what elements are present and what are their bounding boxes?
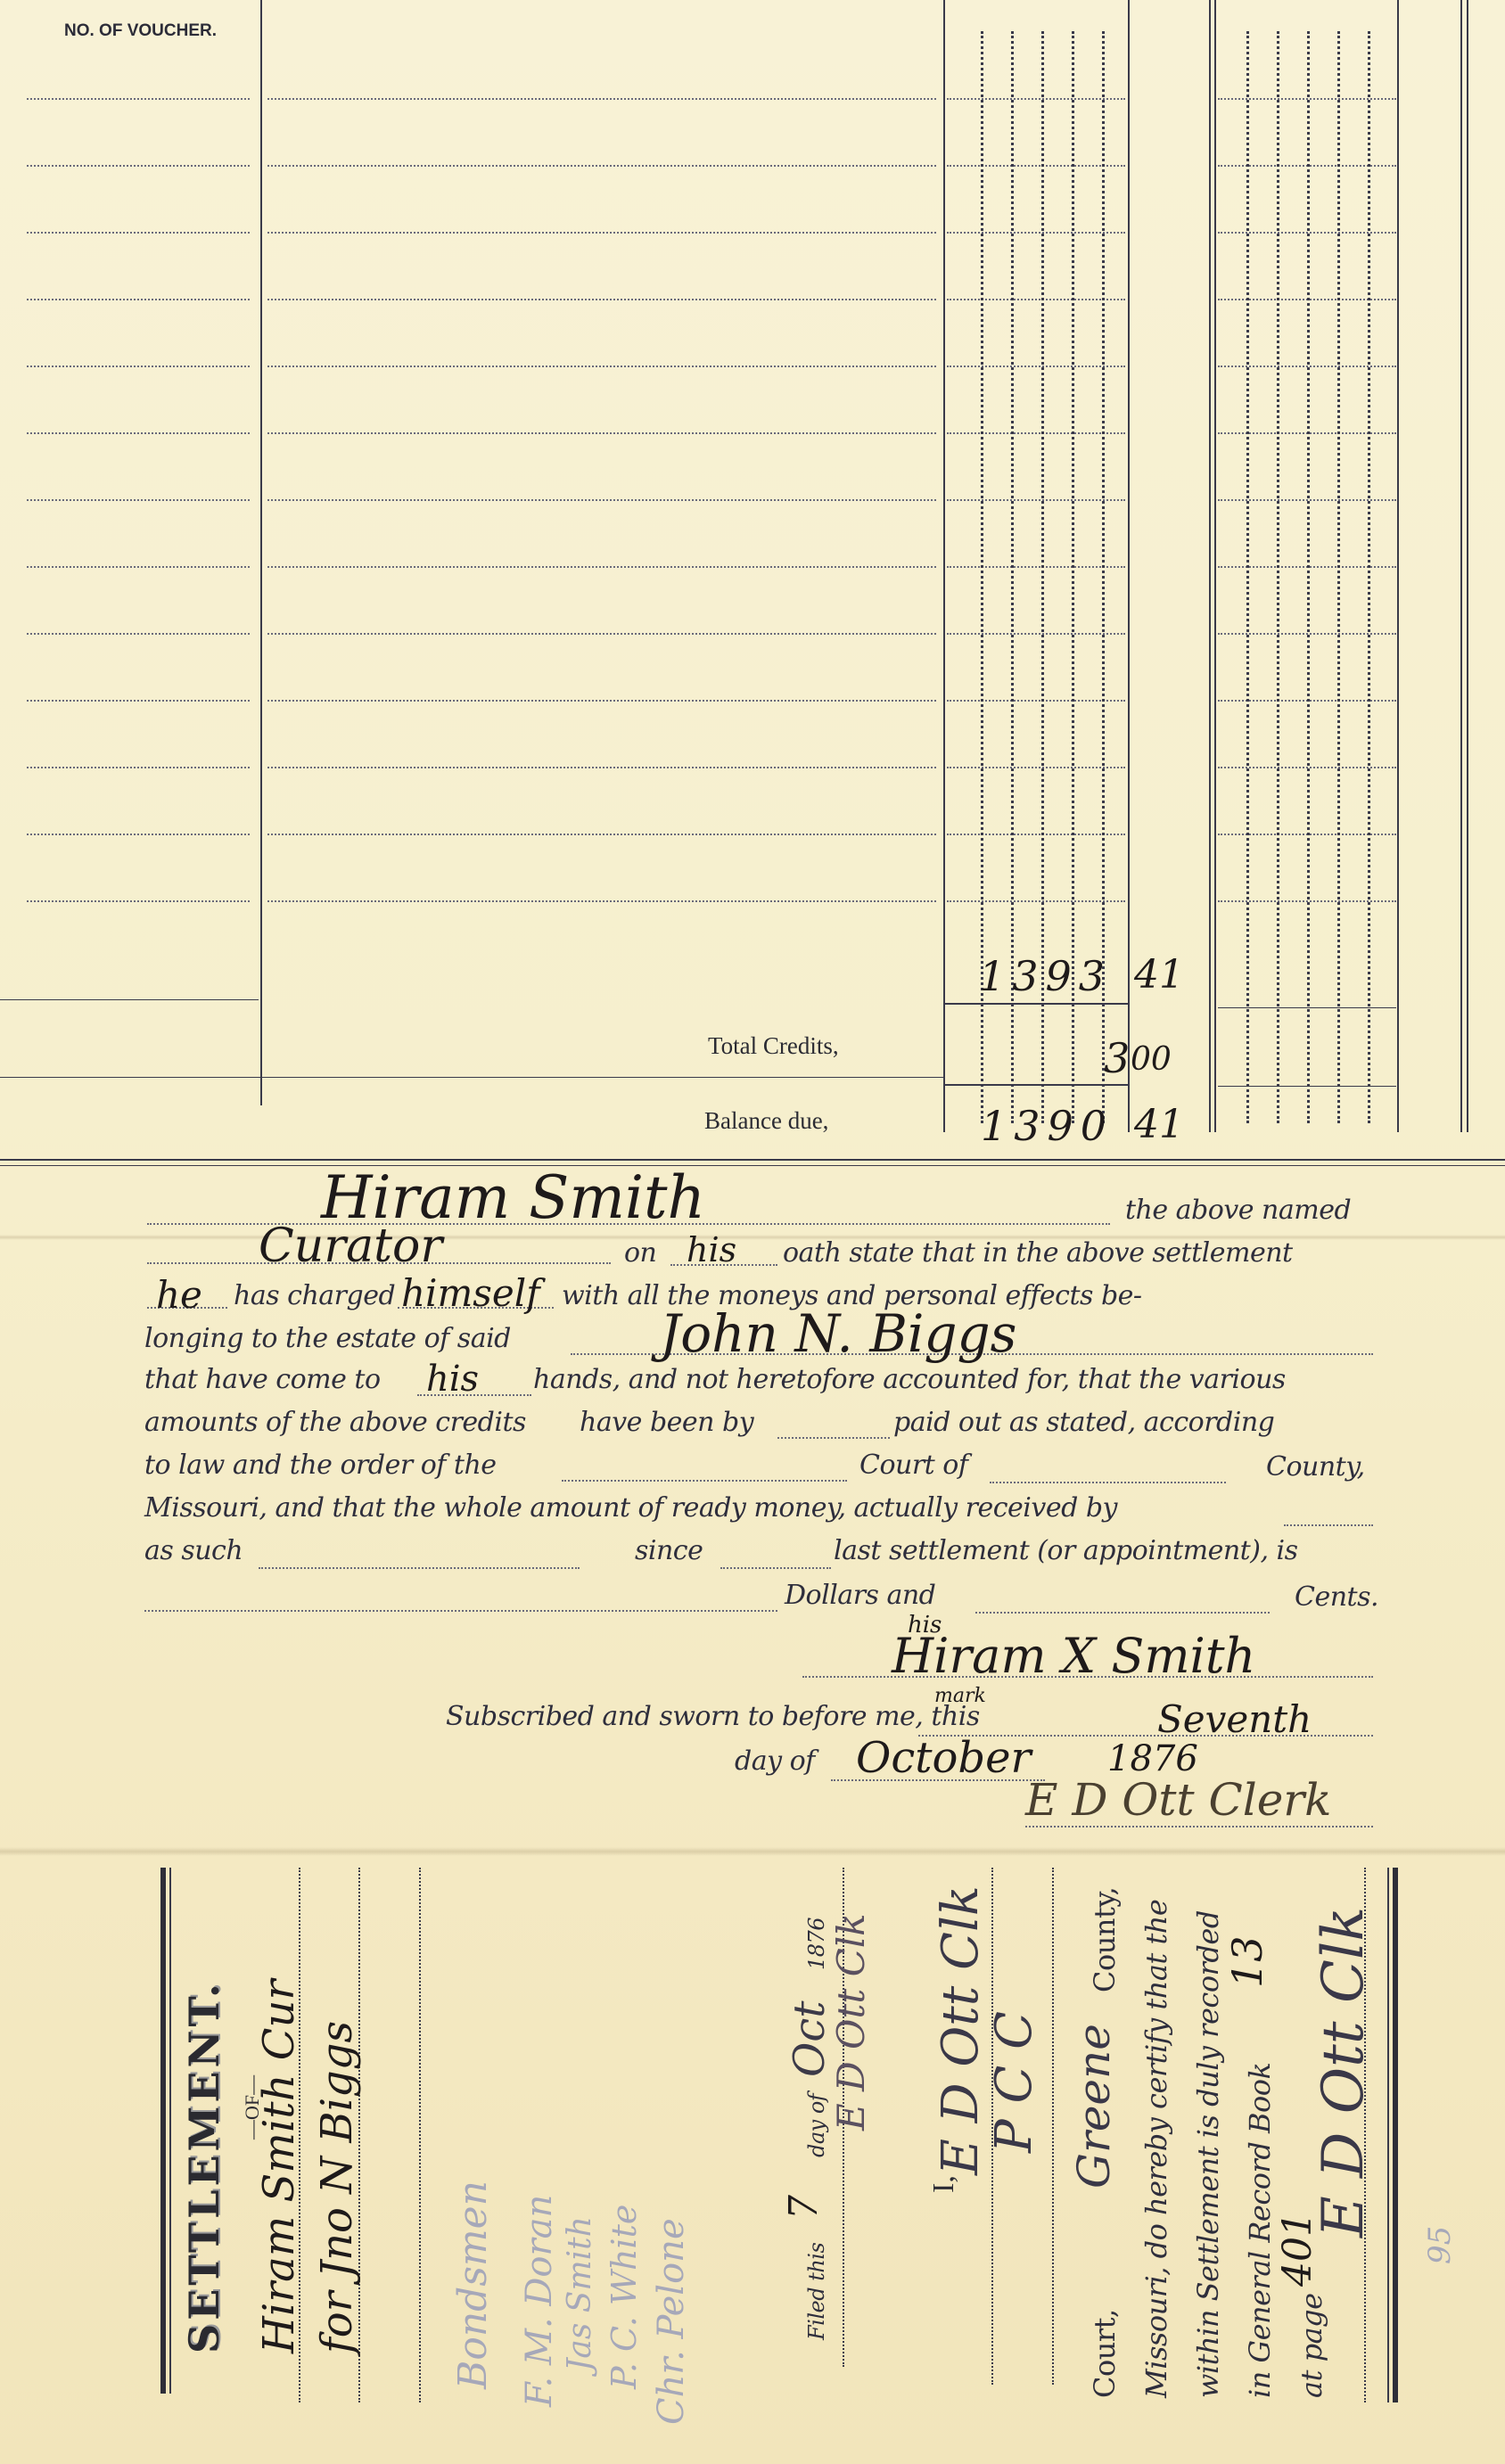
text-has-charged: has charged: [234, 1280, 395, 1311]
column-divider: [943, 0, 945, 1132]
row-rule: [27, 767, 250, 768]
digit-rule: [1307, 31, 1310, 1123]
total-rule: [945, 1084, 1128, 1086]
row-rule: [27, 499, 250, 501]
filed-prefix: Filed this: [804, 2243, 829, 2340]
row-rule: [947, 700, 1125, 702]
text-dollars-and: Dollars and: [785, 1580, 935, 1611]
as-such-field-rule: [259, 1567, 580, 1569]
reflexive-himself: himself: [401, 1271, 540, 1315]
text-amounts: amounts of the above credits: [144, 1407, 526, 1438]
text-oath: oath state that in the above settlement: [783, 1237, 1293, 1269]
filed-signature: E D Ott Clk: [829, 1913, 873, 2131]
row-rule: [947, 98, 1125, 100]
affiant-signature: Hiram X Smith: [892, 1628, 1255, 1684]
docket-title: SETTLEMENT.: [180, 1980, 228, 2353]
docket-line-1: Hiram Smith Cur: [254, 1980, 304, 2353]
row-rule: [947, 499, 1125, 501]
text-come-to: that have come to: [144, 1364, 381, 1395]
text-last-settlement: last settlement (or appointment), is: [834, 1535, 1298, 1566]
affiant-role: Curator: [259, 1220, 442, 1273]
sworn-day: Seventh: [1157, 1697, 1312, 1741]
text-longing: longing to the estate of said: [144, 1323, 511, 1354]
text-day-of: day of: [735, 1745, 815, 1777]
docket-rule-thick: [160, 1868, 166, 2394]
column-divider: [1214, 0, 1216, 1132]
column-divider: [1460, 0, 1462, 1132]
column-divider: [1467, 0, 1468, 1132]
record-book: 13: [1223, 1935, 1271, 1988]
text-to-law: to law and the order of the: [144, 1450, 497, 1481]
row-rule: [267, 232, 936, 234]
county-field-rule: [990, 1482, 1226, 1483]
docket-border-thick: [1393, 1868, 1398, 2402]
row-rule: [947, 834, 1125, 835]
pencil-note: Chr. Pelone: [651, 2218, 692, 2425]
section-divider: [0, 1159, 1505, 1161]
dollars-field-rule: [144, 1610, 777, 1612]
section-divider: [0, 1165, 1505, 1166]
balance-due-cents: 41: [1134, 1102, 1184, 1147]
cert-office: P C C: [985, 2011, 1043, 2153]
column-divider: [1209, 0, 1211, 1132]
digit-rule: [1246, 31, 1249, 1123]
row-rule: [947, 767, 1125, 768]
filed-day: 7: [781, 2195, 827, 2220]
row-rule: [27, 633, 250, 635]
cents-field-rule: [975, 1612, 1270, 1614]
docket-rule-thin: [169, 1868, 171, 2394]
balance-due-dollars: 1390: [981, 1102, 1114, 1150]
row-rule: [947, 232, 1125, 234]
docket-border-thin: [1387, 1868, 1389, 2402]
pencil-note: Jas Smith: [562, 2216, 598, 2371]
text-paid-out: paid out as stated, according: [893, 1407, 1274, 1438]
text-as-such: as such: [144, 1535, 243, 1566]
paid-by-field-rule: [777, 1437, 890, 1439]
pronoun-his: his: [687, 1230, 736, 1269]
subtotal-cents: 41: [1134, 952, 1184, 998]
column-divider: [1397, 0, 1399, 1132]
row-rule: [947, 365, 1125, 367]
row-rule: [27, 700, 250, 702]
row-rule: [267, 299, 936, 300]
rule: [1218, 1007, 1396, 1008]
row-rule: [947, 165, 1125, 167]
total-credits-dollars: 3: [1104, 1034, 1130, 1082]
text-above-named: the above named: [1125, 1195, 1351, 1226]
pencil-note: F. M. Doran: [519, 2195, 560, 2407]
row-rule: [267, 432, 936, 434]
since-field-rule: [720, 1567, 831, 1569]
row-rule: [267, 633, 936, 635]
column-divider: [260, 0, 262, 1105]
cert-within: within Settlement is duly recorded: [1191, 1910, 1225, 2398]
cert-county: County,: [1088, 1887, 1122, 1992]
total-credits-label: Total Credits,: [708, 1032, 839, 1060]
document-page: NO. OF VOUCHER. 1393 41 Tot: [0, 0, 1505, 2464]
row-rule: [947, 900, 1125, 902]
margin-number: 95: [1422, 2226, 1458, 2264]
row-rule: [27, 232, 250, 234]
cert-page: at page: [1295, 2293, 1328, 2398]
pronoun-he: he: [156, 1273, 202, 1317]
subtotal-dollars: 1393: [979, 952, 1112, 1000]
pencil-note: Bondsmen: [450, 2181, 496, 2389]
pencil-note: P. C. White: [604, 2205, 644, 2389]
cert-county-name: Greene: [1068, 2024, 1120, 2189]
paper-fold: [0, 1847, 1505, 1856]
filed-month: Oct: [785, 2000, 835, 2077]
text-have-been-by: have been by: [580, 1407, 753, 1438]
row-rule: [27, 432, 250, 434]
cert-court: Court,: [1088, 2309, 1122, 2398]
row-rule: [27, 98, 250, 100]
row-rule: [27, 165, 250, 167]
filed-day-of: day of: [804, 2094, 829, 2157]
pronoun-his-2: his: [426, 1359, 479, 1400]
row-rule: [27, 834, 250, 835]
rule: [0, 1077, 943, 1078]
received-by-field-rule: [1284, 1524, 1373, 1526]
column-divider: [1128, 0, 1130, 1132]
voucher-column-header: NO. OF VOUCHER.: [64, 21, 217, 41]
digit-rule: [1368, 31, 1370, 1123]
sworn-month: October: [856, 1733, 1032, 1783]
row-rule: [267, 165, 936, 167]
cert-i: I,: [927, 2175, 961, 2193]
row-rule: [27, 900, 250, 902]
row-rule: [267, 566, 936, 568]
text-cents: Cents.: [1295, 1581, 1378, 1613]
filed-year: 1876: [804, 1918, 829, 1970]
digit-rule: [1277, 31, 1279, 1123]
row-rule: [27, 365, 250, 367]
rule: [1218, 1086, 1396, 1087]
text-hands: hands, and not heretofore accounted for,…: [533, 1364, 1286, 1395]
row-rule: [267, 499, 936, 501]
text-missouri: Missouri, and that the whole amount of r…: [144, 1492, 1117, 1524]
cert-missouri: Missouri, do hereby certify that the: [1139, 1900, 1173, 2398]
row-rule: [267, 767, 936, 768]
docket-line-2: for Jno N Biggs: [312, 2021, 362, 2353]
row-rule: [267, 900, 936, 902]
court-field-rule: [562, 1480, 847, 1482]
row-rule: [947, 299, 1125, 300]
row-rule: [267, 365, 936, 367]
text-subscribed: Subscribed and sworn to before me, this: [446, 1701, 980, 1732]
row-rule: [267, 700, 936, 702]
text-court-of: Court of: [859, 1450, 967, 1481]
row-rule: [267, 834, 936, 835]
row-rule: [27, 566, 250, 568]
text-on: on: [624, 1237, 656, 1269]
rule: [0, 999, 259, 1000]
estate-name: John N. Biggs: [660, 1303, 1016, 1364]
subtotal-rule: [945, 1003, 1128, 1005]
row-rule: [947, 432, 1125, 434]
row-rule: [947, 633, 1125, 635]
clerk-signature: E D Ott Clerk: [1025, 1774, 1331, 1826]
text-since: since: [635, 1535, 703, 1566]
docket-rule: [1364, 1868, 1366, 2402]
row-rule: [947, 566, 1125, 568]
digit-rule: [1337, 31, 1340, 1123]
docket-rule: [419, 1868, 421, 2402]
cert-signature: E D Ott Clk: [1311, 1907, 1377, 2238]
total-credits-cents: 00: [1131, 1041, 1172, 1078]
row-rule: [27, 299, 250, 300]
clerk-signature-rule: [1025, 1826, 1373, 1827]
balance-due-label: Balance due,: [704, 1107, 828, 1135]
docket-rule: [1052, 1868, 1054, 2385]
cert-name: E D Ott Clk: [932, 1885, 990, 2175]
row-rule: [267, 98, 936, 100]
cert-general: in General Record Book: [1243, 2063, 1277, 2398]
text-county: County,: [1266, 1451, 1365, 1483]
